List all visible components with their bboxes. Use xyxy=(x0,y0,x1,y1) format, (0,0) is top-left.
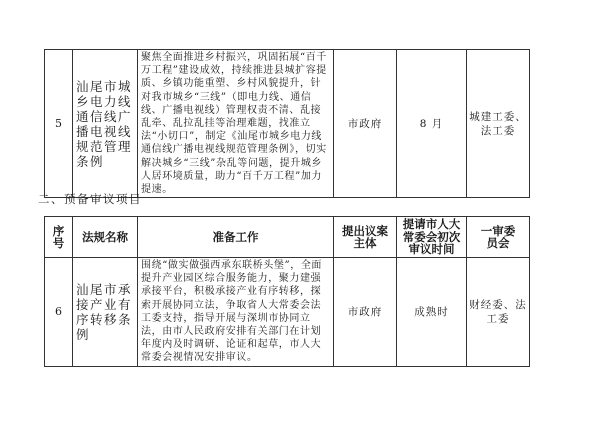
committee: 财经委、法工委 xyxy=(467,258,530,367)
regulation-description: 聚焦全面推进乡村振兴，巩固拓展“百千万工程”建设成效，持续推进县城扩容提质、乡镇… xyxy=(138,50,334,198)
table-row: 6 汕尾市承接产业有序转移条例 围绕“做实做强西承东联桥头堡”，全面提升产业园区… xyxy=(45,258,530,367)
proposer: 市政府 xyxy=(334,50,397,198)
table-header-row: 序号 法规名称 准备工作 提出议案主体 提请市人大常委会初次审议时间 一审委员会 xyxy=(45,217,530,258)
legislation-table-formal: 5 汕尾市城乡电力线通信线广播电视线规范管理条例 聚焦全面推进乡村振兴，巩固拓展… xyxy=(44,49,530,198)
review-time: 成熟时 xyxy=(397,258,467,367)
header-index: 序号 xyxy=(45,217,73,258)
header-committee: 一审委员会 xyxy=(467,217,530,258)
regulation-description: 围绕“做实做强西承东联桥头堡”，全面提升产业园区综合服务能力，聚力建强承接平台，… xyxy=(138,258,334,367)
committee: 城建工委、法工委 xyxy=(467,50,530,198)
table-row: 5 汕尾市城乡电力线通信线广播电视线规范管理条例 聚焦全面推进乡村振兴，巩固拓展… xyxy=(45,50,530,198)
header-work: 准备工作 xyxy=(138,217,334,258)
row-index: 5 xyxy=(45,50,73,198)
regulation-name: 汕尾市城乡电力线通信线广播电视线规范管理条例 xyxy=(73,50,138,198)
section-heading: 二、预备审议项目 xyxy=(38,191,142,207)
header-review-time: 提请市人大常委会初次审议时间 xyxy=(397,217,467,258)
proposer: 市政府 xyxy=(334,258,397,367)
review-time: 8 月 xyxy=(397,50,467,198)
regulation-name: 汕尾市承接产业有序转移条例 xyxy=(73,258,138,367)
header-proposer: 提出议案主体 xyxy=(334,217,397,258)
legislation-table-preparatory: 序号 法规名称 准备工作 提出议案主体 提请市人大常委会初次审议时间 一审委员会… xyxy=(44,216,530,367)
header-name: 法规名称 xyxy=(73,217,138,258)
row-index: 6 xyxy=(45,258,73,367)
